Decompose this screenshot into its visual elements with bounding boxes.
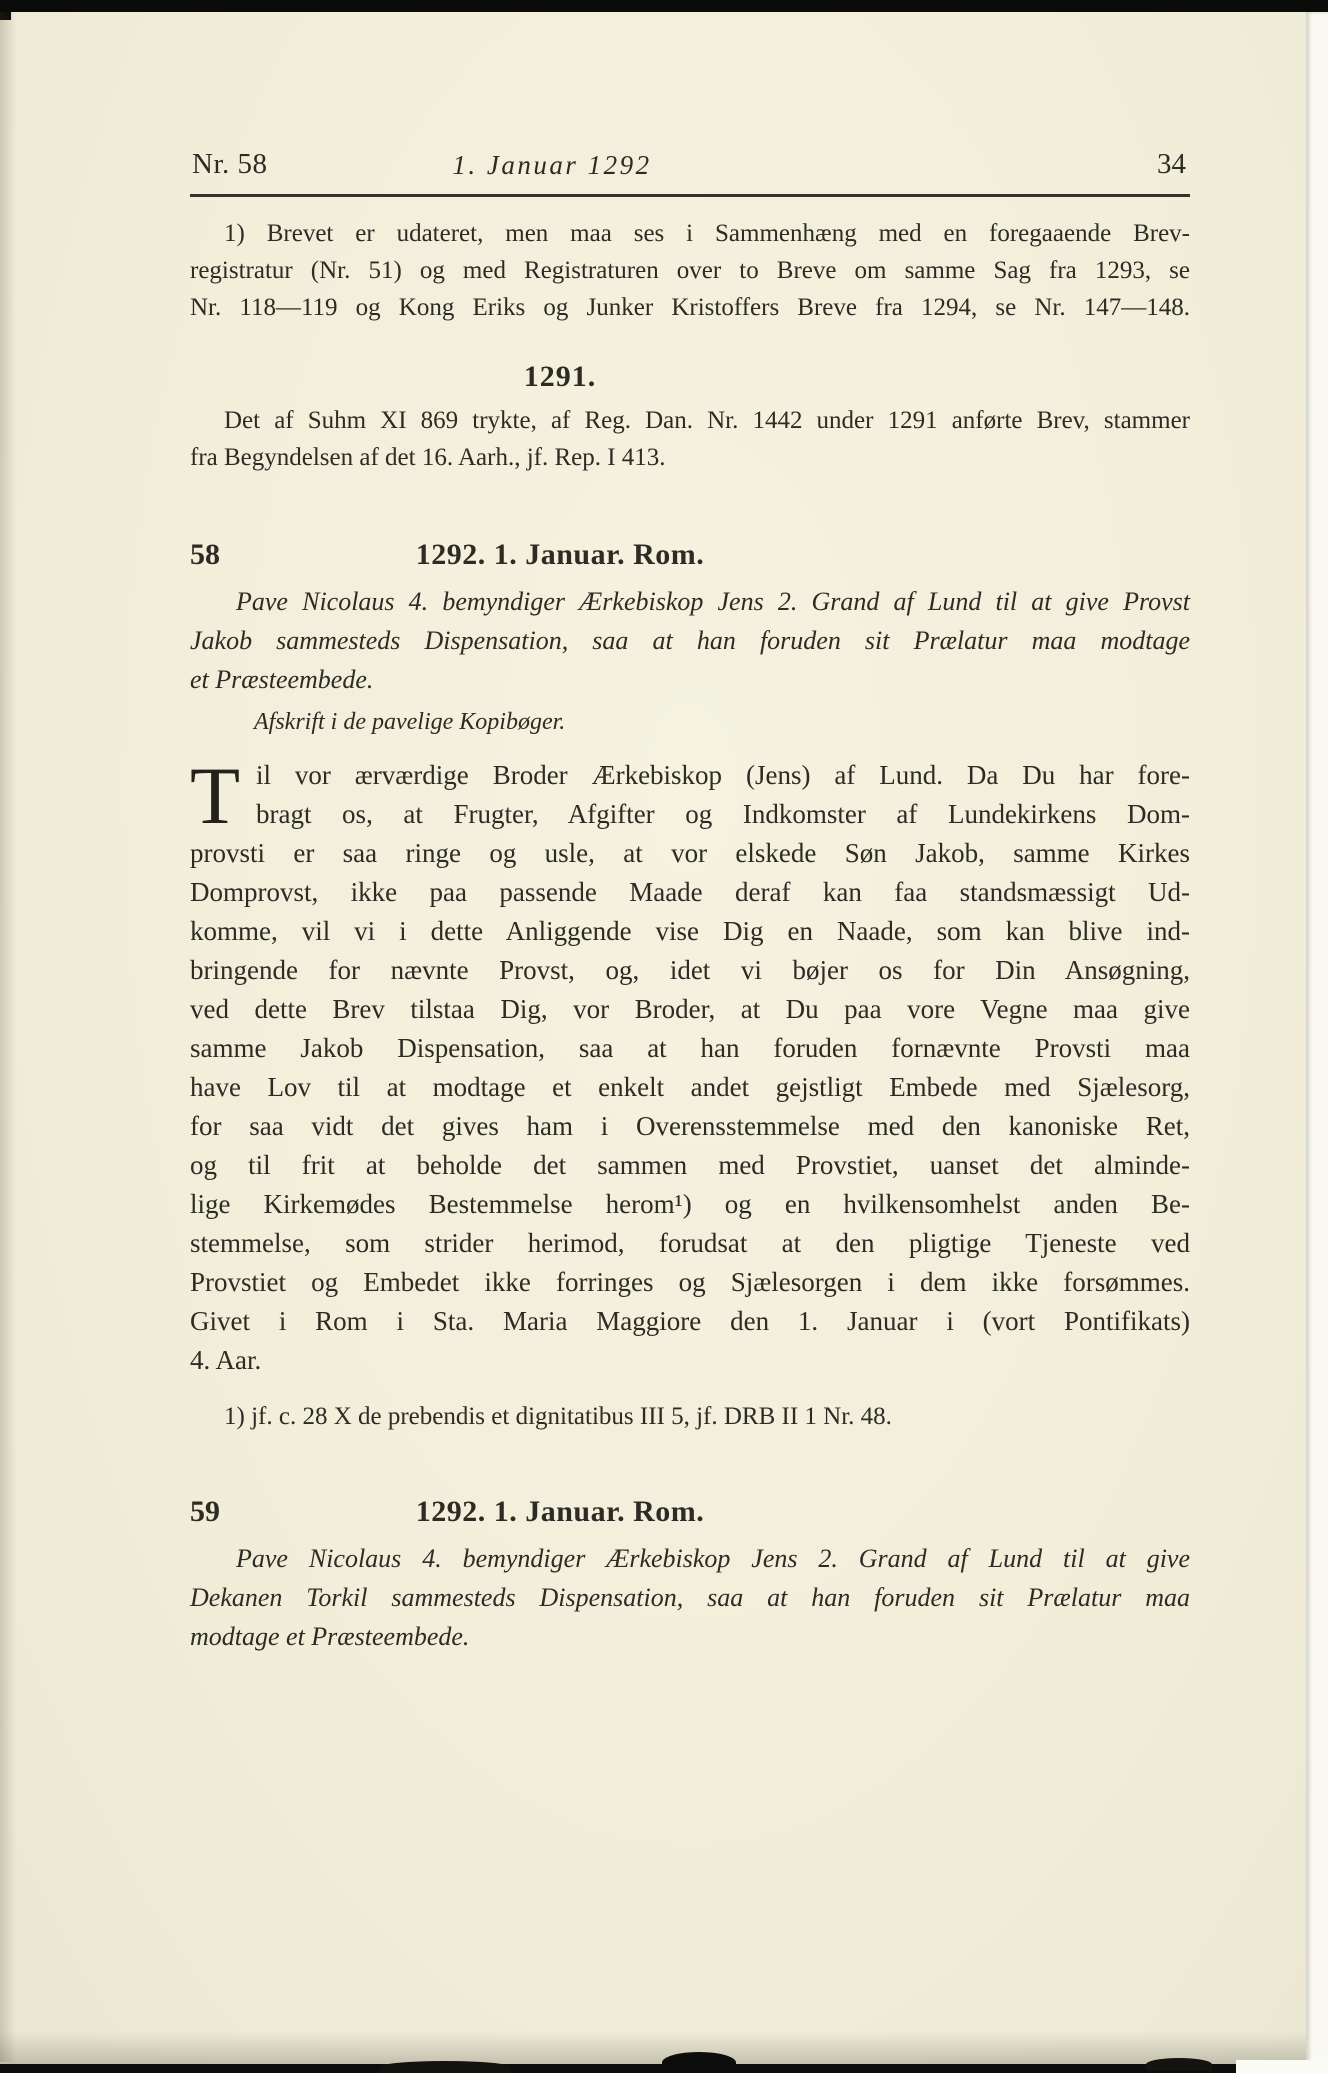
- running-head-date: 1. Januar 1292: [252, 148, 852, 181]
- entry-58-body-line: bringende for nævnte Provst, og, idet vi…: [190, 951, 1190, 990]
- page-left-shadow: [0, 12, 16, 2062]
- entry-58-body-line: il vor ærværdige Broder Ærkebiskop (Jens…: [190, 756, 1190, 795]
- scan-smudge: [380, 2061, 510, 2073]
- entry-58-body-line: lige Kirkemødes Bestemmelse herom¹) og e…: [190, 1185, 1190, 1224]
- scan-edge-bar-bottom: [0, 2064, 1238, 2073]
- running-head: Nr. 58 1. Januar 1292 34: [190, 148, 1190, 197]
- carryover-footnote: 1) Brevet er udateret, men maa ses i Sam…: [190, 215, 1190, 326]
- text-column: Nr. 58 1. Januar 1292 34 1) Brevet er ud…: [190, 0, 1190, 1656]
- entry-58-summary-line: Jakob sammesteds Dispensation, saa at ha…: [190, 621, 1190, 660]
- scan-smudge: [662, 2052, 736, 2073]
- entry-58-body-line: have Lov til at modtage et enkelt andet …: [190, 1068, 1190, 1107]
- entry-58-body-line: komme, vil vi i dette Anliggende vise Di…: [190, 912, 1190, 951]
- entry-59-date-heading: 1292. 1. Januar. Rom.: [190, 1495, 930, 1529]
- entry-58-summary-line: et Præsteembede.: [190, 660, 1190, 699]
- entry-58-body-line: ved dette Brev tilstaa Dig, vor Broder, …: [190, 990, 1190, 1029]
- entry-58-body-line: samme Jakob Dispensation, saa at han for…: [190, 1029, 1190, 1068]
- entry-58-body: T il vor ærværdige Broder Ærkebiskop (Je…: [190, 756, 1190, 1380]
- year-section-note: Det af Suhm XI 869 trykte, af Reg. Dan. …: [190, 402, 1190, 476]
- entry-59-summary: Pave Nicolaus 4. bemyndiger Ærkebiskop J…: [190, 1539, 1190, 1656]
- entry-58-source-note: Afskrift i de pavelige Kopibøger.: [190, 709, 1190, 742]
- scan-margin-strip-right: [1306, 12, 1328, 2073]
- carryover-footnote-line: registratur (Nr. 51) og med Registrature…: [190, 252, 1190, 289]
- carryover-footnote-line: Nr. 118—119 og Kong Eriks og Junker Kris…: [190, 289, 1190, 326]
- entry-59-summary-line: modtage et Præsteembede.: [190, 1617, 1190, 1656]
- year-section-note-line: Det af Suhm XI 869 trykte, af Reg. Dan. …: [190, 402, 1190, 439]
- entry-58-date-heading: 1292. 1. Januar. Rom.: [190, 538, 930, 572]
- entry-58-body-line: og til frit at beholde det sammen med Pr…: [190, 1146, 1190, 1185]
- entry-58-body-line: provsti er saa ringe og usle, at vor els…: [190, 834, 1190, 873]
- entry-59-heading-row: 59 1292. 1. Januar. Rom.: [190, 1495, 1190, 1533]
- page-bottom-shadow: [0, 2031, 1306, 2065]
- entry-58-body-line: Provstiet og Embedet ikke forringes og S…: [190, 1263, 1190, 1302]
- entry-58-body-line: for saa vidt det gives ham i Overensstem…: [190, 1107, 1190, 1146]
- scanned-book-page: Nr. 58 1. Januar 1292 34 1) Brevet er ud…: [0, 0, 1328, 2073]
- entry-58-body-line: 4. Aar.: [190, 1341, 1190, 1380]
- entry-58-body-line: Domprovst, ikke paa passende Maade deraf…: [190, 873, 1190, 912]
- entry-58-body-line: bragt os, at Frugter, Afgifter og Indkom…: [190, 795, 1190, 834]
- entry-58-body-line: Givet i Rom i Sta. Maria Maggiore den 1.…: [190, 1302, 1190, 1341]
- page-number: 34: [1157, 148, 1186, 181]
- entry-58-summary: Pave Nicolaus 4. bemyndiger Ærkebiskop J…: [190, 582, 1190, 699]
- entry-58-heading-row: 58 1292. 1. Januar. Rom.: [190, 538, 1190, 576]
- entry-58-summary-line: Pave Nicolaus 4. bemyndiger Ærkebiskop J…: [190, 582, 1190, 621]
- scan-corner-white: [1236, 2060, 1328, 2073]
- entry-58-footnote: 1) jf. c. 28 X de prebendis et dignitati…: [190, 1398, 1190, 1435]
- year-section-heading: 1291.: [190, 360, 930, 394]
- entry-59-summary-line: Dekanen Torkil sammesteds Dispensation, …: [190, 1578, 1190, 1617]
- scan-smudge: [1146, 2058, 1212, 2071]
- carryover-footnote-line: 1) Brevet er udateret, men maa ses i Sam…: [190, 215, 1190, 252]
- entry-59-summary-line: Pave Nicolaus 4. bemyndiger Ærkebiskop J…: [190, 1539, 1190, 1578]
- entry-58-body-line: stemmelse, som strider herimod, forudsat…: [190, 1224, 1190, 1263]
- drop-cap-letter: T: [190, 759, 240, 833]
- year-section-note-line: fra Begyndelsen af det 16. Aarh., jf. Re…: [190, 439, 1190, 476]
